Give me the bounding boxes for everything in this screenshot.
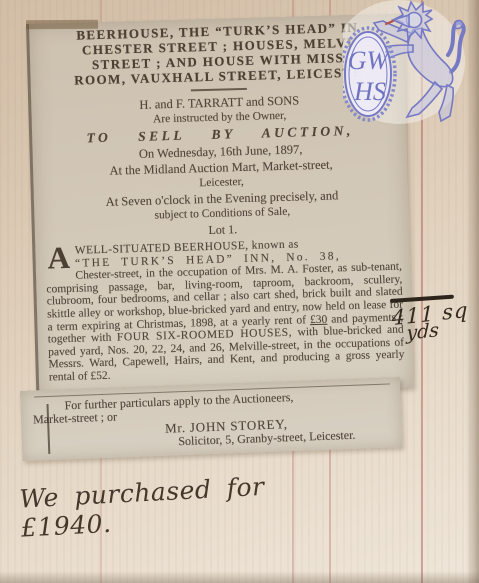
gwhs-lion-stamp: GW HS <box>343 0 475 130</box>
stamp-monogram-top: GW <box>348 46 391 75</box>
ledger-page: BEERHOUSE, THE “TURK’S HEAD” IN CHESTER … <box>0 0 479 583</box>
lot-description: A WELL-SITUATED BEERHOUSE, known as “THE… <box>45 236 405 384</box>
divider-rule <box>191 88 247 92</box>
clipping-footer-strip: For further particulars apply to the Auc… <box>20 377 402 461</box>
stamp-monogram-bottom: HS <box>353 77 386 106</box>
page-edge-shadow <box>0 571 479 583</box>
rent-value: £30 <box>310 313 328 325</box>
drop-cap: A <box>45 245 75 272</box>
handwritten-purchase-note: We purchased for £1940. <box>19 467 352 542</box>
torn-edge <box>26 20 98 30</box>
area-unit: yds <box>406 318 470 343</box>
handwritten-area-note: 411 sq yds <box>390 292 471 344</box>
